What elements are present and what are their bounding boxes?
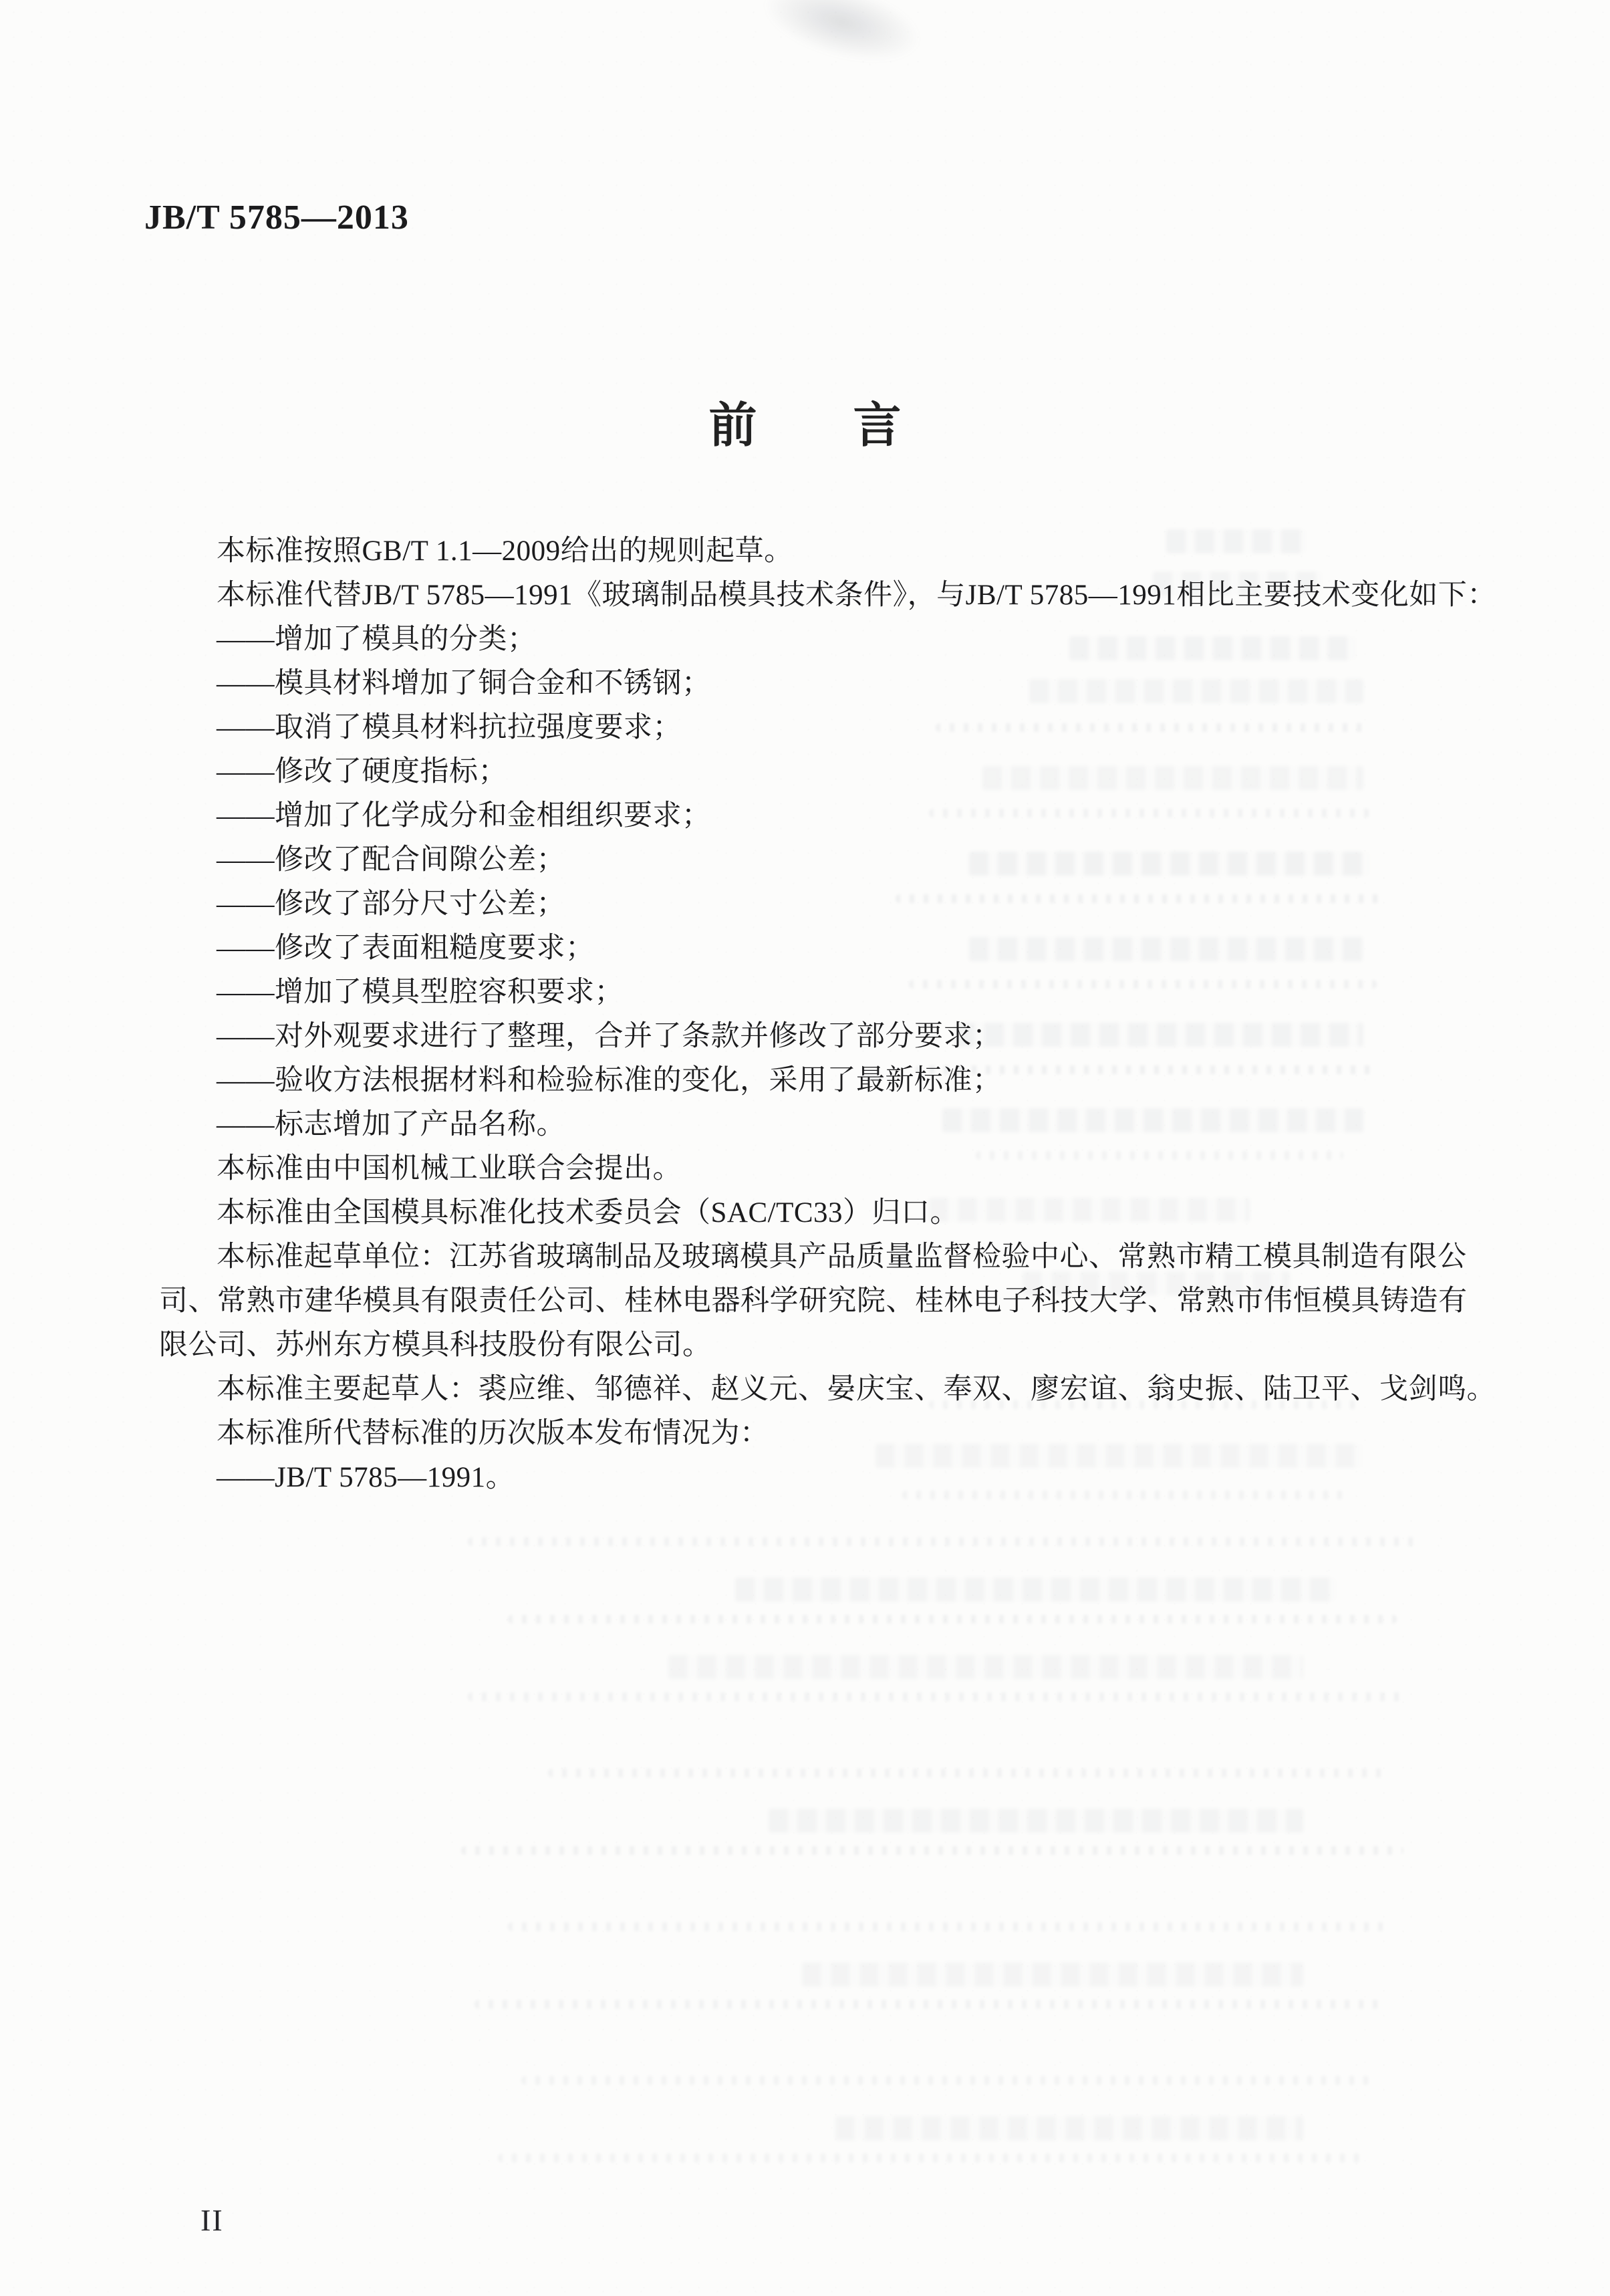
- foreword-line: ——模具材料增加了铜合金和不锈钢；: [159, 662, 1466, 706]
- foreword-title: 前 言: [0, 386, 1610, 456]
- bleedthrough-artifact: [668, 1655, 1303, 1679]
- foreword-line: ——取消了模具材料抗拉强度要求；: [159, 706, 1466, 750]
- bleedthrough-artifact: [468, 1537, 1417, 1546]
- foreword-line: 本标准由中国机械工业联合会提出。: [159, 1147, 1466, 1191]
- foreword-line: ——修改了硬度指标；: [159, 750, 1466, 794]
- foreword-line: ——验收方法根据材料和检验标准的变化，采用了最新标准；: [159, 1059, 1466, 1103]
- foreword-line: ——增加了化学成分和金相组织要求；: [159, 794, 1466, 838]
- bleedthrough-artifact: [769, 1809, 1303, 1833]
- foreword-line: ——JB/T 5785—1991。: [159, 1456, 1466, 1500]
- standard-number: JB/T 5785—2013: [144, 198, 409, 237]
- bleedthrough-artifact: [468, 1692, 1403, 1701]
- foreword-line: 本标准由全国模具标准化技术委员会（SAC/TC33）归口。: [159, 1191, 1466, 1235]
- foreword-body: 本标准按照GB/T 1.1—2009给出的规则起草。本标准代替JB/T 5785…: [159, 529, 1466, 1500]
- bleedthrough-artifact: [521, 2076, 1370, 2085]
- foreword-line: ——标志增加了产品名称。: [159, 1103, 1466, 1147]
- foreword-line: ——修改了部分尺寸公差；: [159, 882, 1466, 926]
- foreword-line: ——修改了表面粗糙度要求；: [159, 926, 1466, 971]
- foreword-line: ——增加了模具型腔容积要求；: [159, 971, 1466, 1015]
- foreword-line: 本标准代替JB/T 5785—1991《玻璃制品模具技术条件》，与JB/T 57…: [159, 573, 1466, 618]
- foreword-line: 本标准起草单位：江苏省玻璃制品及玻璃模具产品质量监督检验中心、常熟市精工模具制造…: [159, 1235, 1466, 1279]
- foreword-line: 本标准主要起草人：裘应维、邹德祥、赵义元、晏庆宝、奉双、廖宏谊、翁史振、陆卫平、…: [159, 1368, 1466, 1412]
- bleedthrough-artifact: [475, 2000, 1383, 2009]
- foreword-line: 司、常熟市建华模具有限责任公司、桂林电器科学研究院、桂林电子科技大学、常熟市伟恒…: [159, 1279, 1466, 1323]
- bleedthrough-artifact: [508, 1922, 1390, 1931]
- bleedthrough-artifact: [735, 1577, 1337, 1602]
- foreword-line: 本标准所代替标准的历次版本发布情况为：: [159, 1412, 1466, 1456]
- scanned-standard-page: JB/T 5785—2013 前 言 本标准按照GB/T 1.1—2009给出的…: [0, 0, 1610, 2296]
- bleedthrough-artifact: [802, 1962, 1303, 1987]
- bleedthrough-artifact: [461, 1846, 1403, 1855]
- foreword-line: ——增加了模具的分类；: [159, 618, 1466, 662]
- bleedthrough-artifact: [835, 2116, 1303, 2140]
- bleedthrough-artifact: [498, 2154, 1367, 2162]
- bleedthrough-artifact: [548, 1769, 1390, 1777]
- bleedthrough-artifact: [508, 1615, 1397, 1624]
- scan-streak-artifact: [749, 0, 936, 80]
- foreword-line: 本标准按照GB/T 1.1—2009给出的规则起草。: [159, 529, 1466, 573]
- foreword-line: ——修改了配合间隙公差；: [159, 838, 1466, 882]
- foreword-line: ——对外观要求进行了整理，合并了条款并修改了部分要求；: [159, 1015, 1466, 1059]
- foreword-line: 限公司、苏州东方模具科技股份有限公司。: [159, 1323, 1466, 1368]
- page-number: II: [200, 2202, 224, 2238]
